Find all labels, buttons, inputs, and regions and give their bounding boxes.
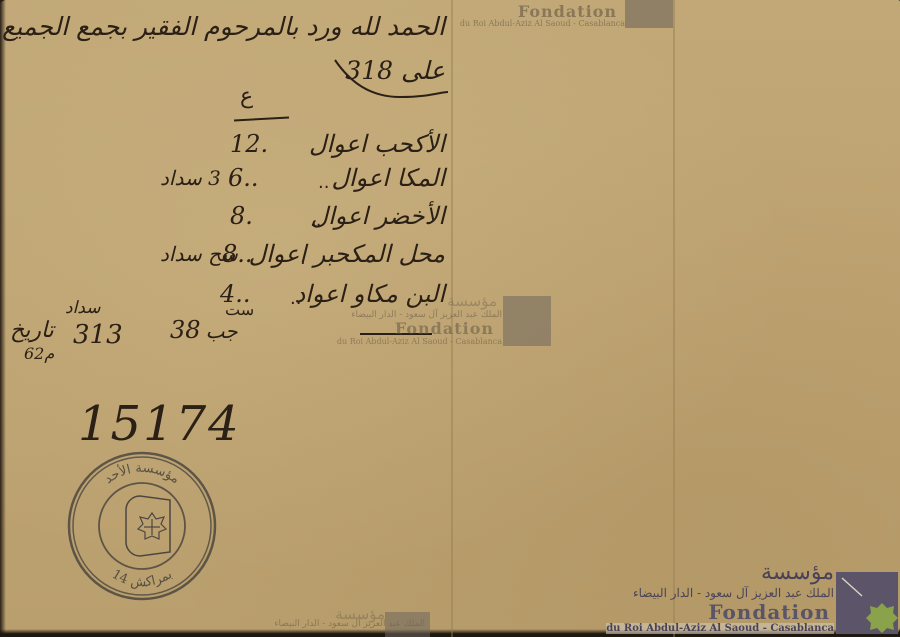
heading-line-1: الحمد لله ورد بالمرحوم الفقير بجمع الجمي… <box>0 12 445 41</box>
entry-label: الأكحب اعوال <box>309 130 445 158</box>
svg-text:بمراكش 14: بمراكش 14 <box>109 567 175 590</box>
watermark-corner: مؤسسة الملك عبد العزيز آل سعود - الدار ا… <box>630 560 834 637</box>
entry-label: الأخضر اعوال <box>311 202 445 230</box>
total-unit: جب <box>206 319 238 343</box>
entry-dots: .. <box>318 172 329 193</box>
ledger-entry: الأخضر اعوال .. 8. <box>230 202 445 238</box>
reference-number: 15174 <box>78 396 241 452</box>
watermark-subtitle: du Roi Abdul-Aziz Al Saoud - Casablanca <box>460 19 625 28</box>
foundation-logo <box>836 572 898 634</box>
entry-amount: 6.. <box>228 164 259 192</box>
heading-flourish <box>330 52 450 102</box>
entry-amount: 8. <box>230 202 253 230</box>
section-mark: ع <box>240 84 253 109</box>
watermark-name: Fondation <box>708 600 830 624</box>
watermark-middle: مؤسسة الملك عبد العزيز آل سعود - الدار ا… <box>340 292 502 348</box>
entry-dots: .. <box>310 210 321 231</box>
margin-note-word: تاريخ <box>10 318 54 343</box>
entry-label: محل المكحبر اعوال <box>249 240 445 268</box>
ledger-entry: الأكحب اعوال 12. <box>230 130 445 166</box>
entry-label: المكا اعوال <box>331 164 445 192</box>
entry-dots: .. <box>290 288 301 309</box>
watermark-logo <box>503 296 551 346</box>
page-left-edge <box>0 0 6 637</box>
fold-line <box>673 0 675 637</box>
watermark-subtitle: du Roi Abdul-Aziz Al Saoud - Casablanca <box>337 337 502 346</box>
ledger-total: جب 38 <box>170 316 252 344</box>
watermark-arabic-name: مؤسسة <box>447 292 497 310</box>
star-icon <box>836 572 898 634</box>
total-value: 38 <box>170 316 201 344</box>
margin-note-number: 313 <box>73 320 123 350</box>
watermark-logo <box>385 612 430 637</box>
seal-stamp: مؤسسة الأحد بمراكش 14 <box>66 450 218 602</box>
watermark-arabic-full: الملك عبد العزيز آل سعود - الدار البيضاء <box>633 586 834 600</box>
margin-note-bottom: 62م <box>24 344 54 363</box>
ledger-entry: المكا اعوال .. 6.. 3 سداد <box>160 164 445 200</box>
watermark-logo <box>625 0 673 28</box>
ledger-entry: محل المكحبر اعوال . 8.. سح سداد <box>160 240 445 276</box>
margin-note-top: سداد <box>65 298 100 318</box>
entry-note: سح سداد <box>160 242 238 266</box>
entry-note: 3 سداد <box>160 166 221 190</box>
stamp-text-bottom: بمراكش 14 <box>109 567 175 590</box>
watermark-arabic-name: مؤسسة <box>761 560 834 585</box>
entry-amount: 12. <box>230 130 268 158</box>
watermark-name: Fondation <box>395 319 494 338</box>
watermark-subtitle: du Roi Abdul-Aziz Al Saoud - Casablanca <box>606 623 834 634</box>
entry-dots: . <box>300 248 306 269</box>
